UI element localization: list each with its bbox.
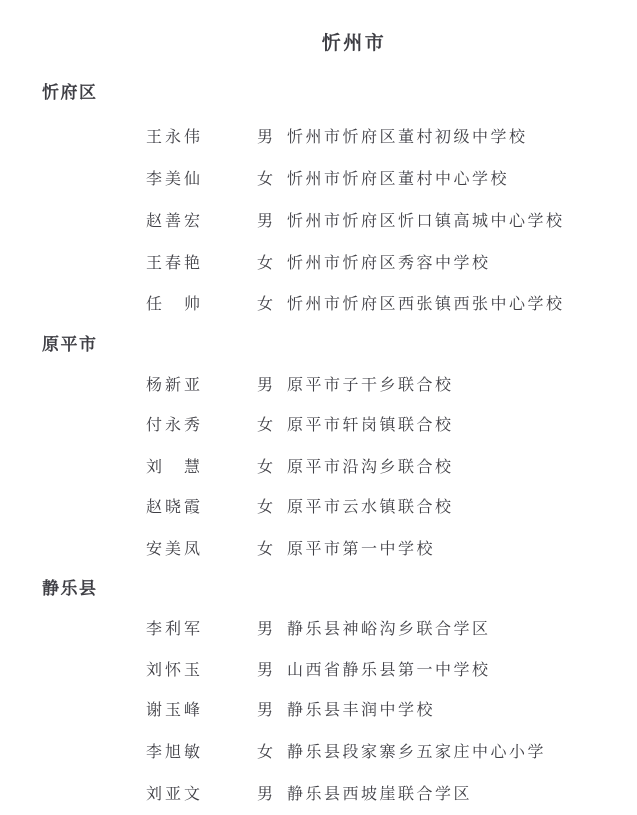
person-gender: 男 [257,662,273,678]
person-name: 刘 慧 [146,459,203,475]
table-row: 付永秀 女 原平市轩岗镇联合校 [0,417,637,435]
person-gender: 女 [257,417,273,433]
person-name: 王春艳 [146,255,203,271]
person-gender: 女 [257,744,273,760]
person-school: 静乐县丰润中学校 [287,702,435,718]
person-name: 李利军 [146,621,203,637]
person-name: 赵晓霞 [146,499,203,515]
person-name: 安美凤 [146,541,203,557]
person-school: 忻州市忻府区忻口镇高城中心学校 [287,213,565,229]
person-school: 原平市沿沟乡联合校 [287,459,454,475]
person-gender: 男 [257,786,273,802]
table-row: 任 帅 女 忻州市忻府区西张镇西张中心学校 [0,296,637,314]
person-name: 李旭敏 [146,744,203,760]
person-school: 原平市轩岗镇联合校 [287,417,454,433]
person-gender: 女 [257,296,273,312]
person-school: 静乐县神峪沟乡联合学区 [287,621,491,637]
table-row: 李旭敏 女 静乐县段家寨乡五家庄中心小学 [0,744,637,762]
person-gender: 女 [257,255,273,271]
person-name: 付永秀 [146,417,203,433]
person-school: 原平市子干乡联合校 [287,377,454,393]
document-page: 忻州市 忻府区 王永伟 男 忻州市忻府区董村初级中学校 李美仙 女 忻州市忻府区… [0,0,637,815]
person-name: 王永伟 [146,129,203,145]
district-header: 原平市 [42,337,98,354]
table-row: 李美仙 女 忻州市忻府区董村中心学校 [0,171,637,189]
person-name: 赵善宏 [146,213,203,229]
person-school: 静乐县西坡崖联合学区 [287,786,472,802]
person-name: 刘亚文 [146,786,203,802]
table-row: 王春艳 女 忻州市忻府区秀容中学校 [0,255,637,273]
person-gender: 男 [257,702,273,718]
person-school: 忻州市忻府区董村中心学校 [287,171,509,187]
person-school: 忻州市忻府区西张镇西张中心学校 [287,296,565,312]
table-row: 赵晓霞 女 原平市云水镇联合校 [0,499,637,517]
person-gender: 女 [257,171,273,187]
person-name: 杨新亚 [146,377,203,393]
table-row: 赵善宏 男 忻州市忻府区忻口镇高城中心学校 [0,213,637,231]
page-title: 忻州市 [322,34,387,53]
table-row: 安美凤 女 原平市第一中学校 [0,541,637,559]
person-school: 山西省静乐县第一中学校 [287,662,491,678]
person-gender: 女 [257,499,273,515]
district-header: 静乐县 [42,581,98,598]
person-school: 忻州市忻府区秀容中学校 [287,255,491,271]
person-gender: 男 [257,129,273,145]
person-name: 刘怀玉 [146,662,203,678]
person-school: 忻州市忻府区董村初级中学校 [287,129,528,145]
table-row: 谢玉峰 男 静乐县丰润中学校 [0,702,637,720]
person-gender: 女 [257,459,273,475]
table-row: 王永伟 男 忻州市忻府区董村初级中学校 [0,129,637,147]
person-gender: 男 [257,213,273,229]
table-row: 刘亚文 男 静乐县西坡崖联合学区 [0,786,637,804]
table-row: 杨新亚 男 原平市子干乡联合校 [0,377,637,395]
person-name: 谢玉峰 [146,702,203,718]
person-school: 原平市第一中学校 [287,541,435,557]
person-gender: 男 [257,621,273,637]
person-gender: 男 [257,377,273,393]
person-school: 原平市云水镇联合校 [287,499,454,515]
person-name: 任 帅 [146,296,203,312]
person-name: 李美仙 [146,171,203,187]
table-row: 刘怀玉 男 山西省静乐县第一中学校 [0,662,637,680]
district-header: 忻府区 [42,85,98,102]
table-row: 李利军 男 静乐县神峪沟乡联合学区 [0,621,637,639]
table-row: 刘 慧 女 原平市沿沟乡联合校 [0,459,637,477]
person-school: 静乐县段家寨乡五家庄中心小学 [287,744,546,760]
person-gender: 女 [257,541,273,557]
